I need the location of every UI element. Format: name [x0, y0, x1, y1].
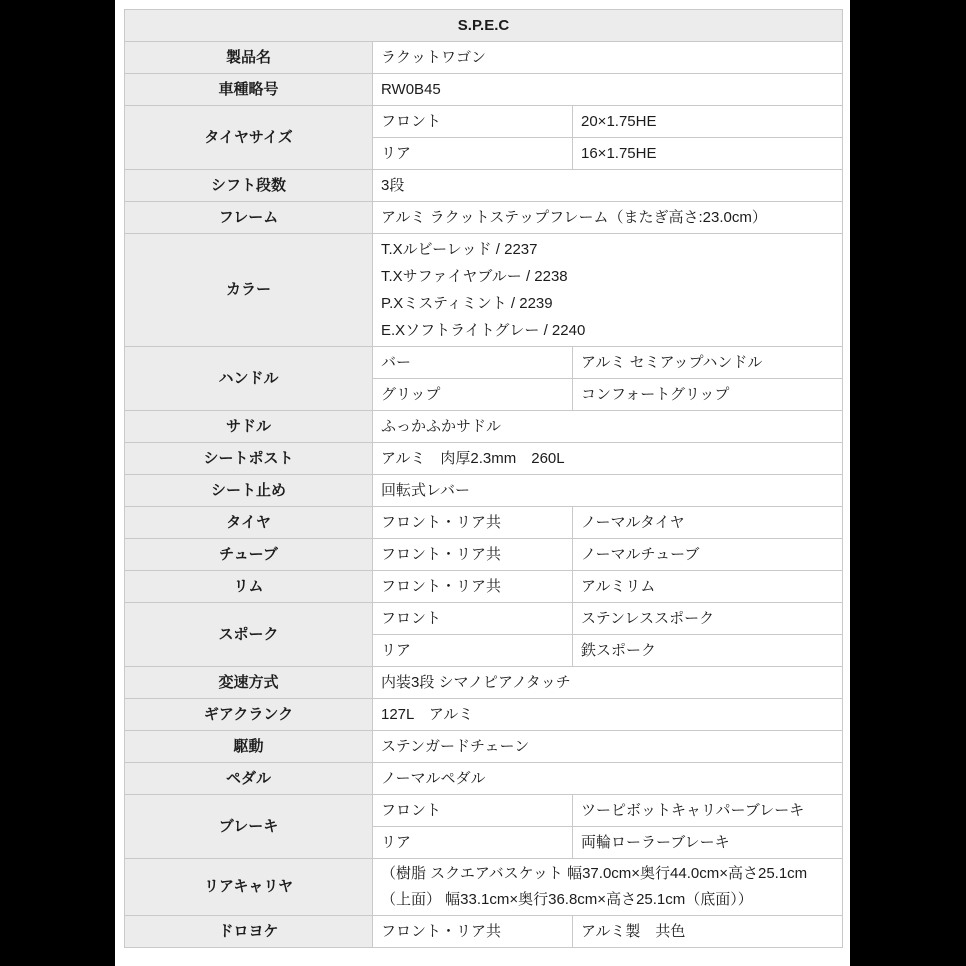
color-option-1: T.Xルビーレッド / 2237 [381, 236, 834, 263]
spec-row-shifting: 変速方式 内装3段 シマノピアノタッチ [125, 667, 843, 699]
row-value-saddle: ふっかふかサドル [373, 411, 843, 443]
spec-table: S.P.E.C 製品名 ラクットワゴン 車種略号 RW0B45 タイヤサイズ フ… [124, 9, 843, 948]
row-value-spoke-front: ステンレススポーク [573, 603, 843, 635]
row-sublabel-tire: フロント・リア共 [373, 507, 573, 539]
row-label-brake: ブレーキ [125, 795, 373, 859]
color-option-4: E.Xソフトライトグレー / 2240 [381, 317, 834, 344]
spec-row-color: カラー T.Xルビーレッド / 2237 T.Xサファイヤブルー / 2238 … [125, 234, 843, 347]
row-value-rim: アルミリム [573, 571, 843, 603]
spec-row-pedal: ペダル ノーマルペダル [125, 763, 843, 795]
spec-row-tube: チューブ フロント・リア共 ノーマルチューブ [125, 539, 843, 571]
row-value-mudguard: アルミ製 共色 [573, 916, 843, 948]
spec-row-saddle: サドル ふっかふかサドル [125, 411, 843, 443]
row-value-tire-size-rear: 16×1.75HE [573, 138, 843, 170]
row-label-mudguard: ドロヨケ [125, 916, 373, 948]
row-sublabel-mudguard: フロント・リア共 [373, 916, 573, 948]
row-value-tire: ノーマルタイヤ [573, 507, 843, 539]
row-value-brake-front: ツーピボットキャリパーブレーキ [573, 795, 843, 827]
spec-table-title: S.P.E.C [125, 10, 843, 42]
row-sublabel-spoke-front: フロント [373, 603, 573, 635]
row-value-tube: ノーマルチューブ [573, 539, 843, 571]
color-option-3: P.Xミスティミント / 2239 [381, 290, 834, 317]
row-sublabel-tire-size-rear: リア [373, 138, 573, 170]
spec-row-rear-carrier: リアキャリヤ （樹脂 スクエアバスケット 幅37.0cm×奥行44.0cm×高さ… [125, 859, 843, 916]
spec-row-tire-size-front: タイヤサイズ フロント 20×1.75HE [125, 106, 843, 138]
spec-row-brake-front: ブレーキ フロント ツーピボットキャリパーブレーキ [125, 795, 843, 827]
spec-row-spoke-front: スポーク フロント ステンレススポーク [125, 603, 843, 635]
row-label-drive: 駆動 [125, 731, 373, 763]
spec-row-model-code: 車種略号 RW0B45 [125, 74, 843, 106]
spec-row-seat-post: シートポスト アルミ 肉厚2.3mm 260L [125, 443, 843, 475]
product-spec-panel: S.P.E.C 製品名 ラクットワゴン 車種略号 RW0B45 タイヤサイズ フ… [115, 0, 850, 966]
row-sublabel-handle-grip: グリップ [373, 379, 573, 411]
row-value-spoke-rear: 鉄スポーク [573, 635, 843, 667]
row-value-model-code: RW0B45 [373, 74, 843, 106]
row-sublabel-tube: フロント・リア共 [373, 539, 573, 571]
row-value-handle-bar: アルミ セミアップハンドル [573, 347, 843, 379]
spec-row-mudguard: ドロヨケ フロント・リア共 アルミ製 共色 [125, 916, 843, 948]
row-value-brake-rear: 両輪ローラーブレーキ [573, 827, 843, 859]
row-label-model-code: 車種略号 [125, 74, 373, 106]
row-value-gear-crank: 127L アルミ [373, 699, 843, 731]
spec-row-shift-stages: シフト段数 3段 [125, 170, 843, 202]
spec-row-drive: 駆動 ステンガードチェーン [125, 731, 843, 763]
row-label-pedal: ペダル [125, 763, 373, 795]
row-value-drive: ステンガードチェーン [373, 731, 843, 763]
row-label-shift-stages: シフト段数 [125, 170, 373, 202]
spec-row-seat-clamp: シート止め 回転式レバー [125, 475, 843, 507]
spec-row-rim: リム フロント・リア共 アルミリム [125, 571, 843, 603]
spec-row-tire: タイヤ フロント・リア共 ノーマルタイヤ [125, 507, 843, 539]
row-label-tire-size: タイヤサイズ [125, 106, 373, 170]
row-value-shifting: 内装3段 シマノピアノタッチ [373, 667, 843, 699]
row-label-tube: チューブ [125, 539, 373, 571]
row-label-spoke: スポーク [125, 603, 373, 667]
row-label-handle: ハンドル [125, 347, 373, 411]
row-sublabel-brake-rear: リア [373, 827, 573, 859]
row-label-product-name: 製品名 [125, 42, 373, 74]
spec-row-product-name: 製品名 ラクットワゴン [125, 42, 843, 74]
spec-row-frame: フレーム アルミ ラクットステップフレーム（またぎ高さ:23.0cm） [125, 202, 843, 234]
row-value-tire-size-front: 20×1.75HE [573, 106, 843, 138]
row-value-seat-clamp: 回転式レバー [373, 475, 843, 507]
row-value-product-name: ラクットワゴン [373, 42, 843, 74]
color-option-2: T.Xサファイヤブルー / 2238 [381, 263, 834, 290]
row-label-shifting: 変速方式 [125, 667, 373, 699]
row-value-seat-post: アルミ 肉厚2.3mm 260L [373, 443, 843, 475]
spec-row-gear-crank: ギアクランク 127L アルミ [125, 699, 843, 731]
row-label-rear-carrier: リアキャリヤ [125, 859, 373, 916]
row-label-seat-clamp: シート止め [125, 475, 373, 507]
row-sublabel-tire-size-front: フロント [373, 106, 573, 138]
spec-header-row: S.P.E.C [125, 10, 843, 42]
row-value-handle-grip: コンフォートグリップ [573, 379, 843, 411]
row-label-saddle: サドル [125, 411, 373, 443]
row-value-pedal: ノーマルペダル [373, 763, 843, 795]
row-value-rear-carrier: （樹脂 スクエアバスケット 幅37.0cm×奥行44.0cm×高さ25.1cm（… [373, 859, 843, 916]
row-sublabel-handle-bar: バー [373, 347, 573, 379]
spec-row-handle-bar: ハンドル バー アルミ セミアップハンドル [125, 347, 843, 379]
row-sublabel-rim: フロント・リア共 [373, 571, 573, 603]
row-value-shift-stages: 3段 [373, 170, 843, 202]
row-value-frame: アルミ ラクットステップフレーム（またぎ高さ:23.0cm） [373, 202, 843, 234]
row-label-tire: タイヤ [125, 507, 373, 539]
row-label-rim: リム [125, 571, 373, 603]
row-sublabel-brake-front: フロント [373, 795, 573, 827]
row-label-seat-post: シートポスト [125, 443, 373, 475]
row-value-color: T.Xルビーレッド / 2237 T.Xサファイヤブルー / 2238 P.Xミ… [373, 234, 843, 347]
row-label-color: カラー [125, 234, 373, 347]
row-label-frame: フレーム [125, 202, 373, 234]
row-sublabel-spoke-rear: リア [373, 635, 573, 667]
row-label-gear-crank: ギアクランク [125, 699, 373, 731]
